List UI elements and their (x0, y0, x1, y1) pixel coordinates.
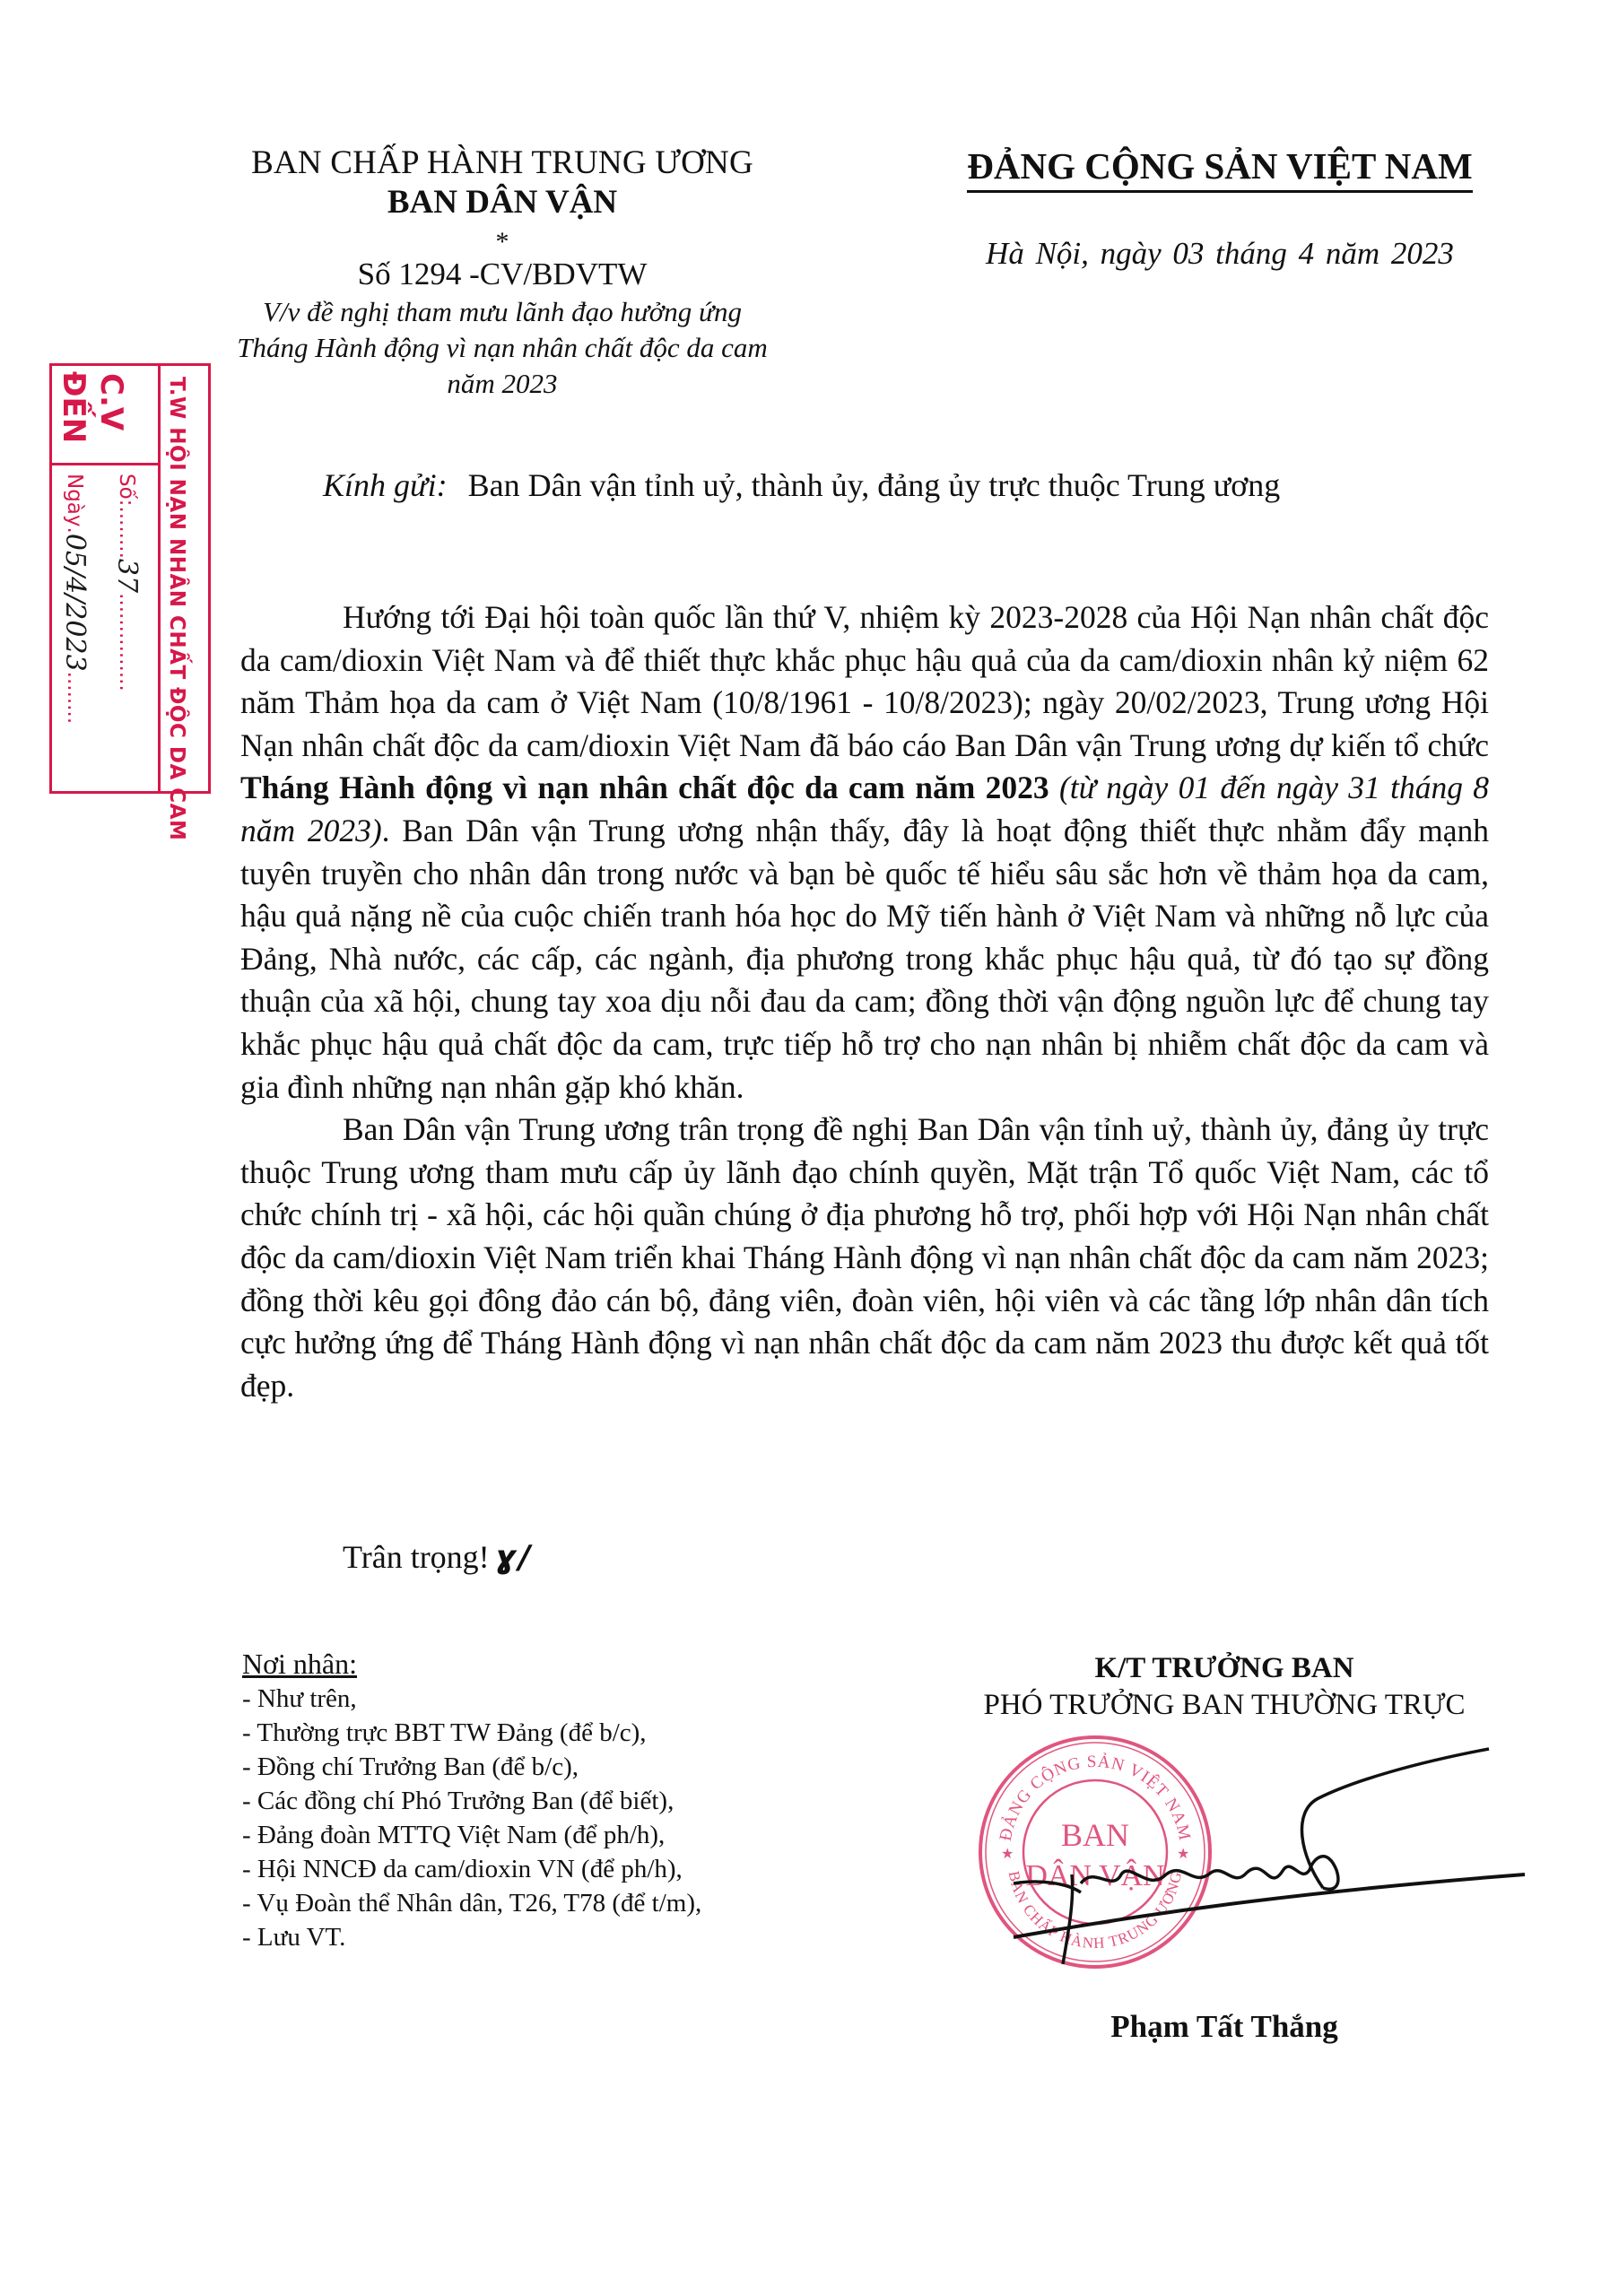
issuing-authority-block: BAN CHẤP HÀNH TRUNG ƯƠNG BAN DÂN VẬN * S… (224, 143, 780, 402)
handwritten-signature-icon (915, 1713, 1534, 1982)
distribution-item: - Như trên, (242, 1682, 701, 1716)
distribution-item: - Đồng chí Trưởng Ban (để b/c), (242, 1750, 701, 1784)
p1-text-b: . Ban Dân vận Trung ương nhận thấy, đây … (240, 813, 1489, 1105)
stamp-label-cv: C.V (95, 373, 127, 430)
distribution-item: - Đảng đoàn MTTQ Việt Nam (để ph/h), (242, 1818, 701, 1852)
stamp-number-row: Số:........37............... (111, 474, 143, 691)
letter-body: Hướng tới Đại hội toàn quốc lần thứ V, n… (240, 596, 1489, 1407)
organization-name: BAN DÂN VẬN (224, 183, 780, 222)
place-date: Hà Nội, ngày 03 tháng 4 năm 2023 (924, 236, 1516, 272)
stamp-number-value: 37 (111, 559, 143, 593)
stamp-date-label: Ngày (63, 474, 86, 527)
initial-mark: ɣ/ (495, 1539, 531, 1576)
distribution-item: - Thường trực BBT TW Đảng (để b/c), (242, 1716, 701, 1750)
stamp-org-name: T.W HỘI NẠN NHÂN CHẤT ĐỘC DA CAM (165, 377, 188, 840)
document-number: Số 1294 -CV/BDVTW (224, 255, 780, 294)
recipient-label: Kính gửi: (323, 467, 448, 503)
separator-star: * (224, 230, 780, 255)
distribution-item: - Các đồng chí Phó Trưởng Ban (để biết), (242, 1784, 701, 1818)
closing: Trân trọng!ɣ/ (343, 1538, 530, 1576)
distribution-item: - Hội NNCĐ da cam/dioxin VN (để ph/h), (242, 1852, 701, 1886)
distribution-item: - Lưu VT. (242, 1920, 701, 1954)
distribution-list: Nơi nhân: - Như trên, - Thường trực BBT … (242, 1646, 701, 1954)
stamp-divider-horizontal (52, 463, 158, 465)
event-name-bold: Tháng Hành động vì nạn nhân chất độc da … (240, 770, 1049, 805)
signature-block: K/T TRƯỞNG BAN PHÓ TRƯỞNG BAN THƯỜNG TRỰ… (915, 1650, 1534, 1724)
stamp-label-den: ĐẾN (57, 371, 90, 443)
body-paragraph-2: Ban Dân vận Trung ương trân trọng đề ngh… (240, 1109, 1489, 1407)
subject-line-1: V/v đề nghị tham mưu lãnh đạo hưởng ứng (224, 294, 780, 330)
closing-text: Trân trọng! (343, 1539, 490, 1575)
distribution-item: - Vụ Đoàn thể Nhân dân, T26, T78 (để t/m… (242, 1886, 701, 1920)
signer-name: Phạm Tất Thắng (915, 2009, 1534, 2045)
signer-role-1: K/T TRƯỞNG BAN (915, 1650, 1534, 1686)
parent-organization: BAN CHẤP HÀNH TRUNG ƯƠNG (224, 143, 780, 183)
p1-text-a: Hướng tới Đại hội toàn quốc lần thứ V, n… (240, 599, 1489, 763)
stamp-number-label: Số: (115, 474, 138, 506)
party-name: ĐẢNG CỘNG SẢN VIỆT NAM (967, 143, 1472, 193)
stamp-date-value: 05/4/2023 (59, 534, 91, 672)
subject-line-2: Tháng Hành động vì nạn nhân chất độc da … (224, 330, 780, 402)
stamp-date-row: Ngày.05/4/2023........ (59, 474, 91, 724)
recipient-line: Kính gửi: Ban Dân vận tỉnh uỷ, thành ủy,… (323, 466, 1507, 504)
recipient-value: Ban Dân vận tỉnh uỷ, thành ủy, đảng ủy t… (468, 467, 1281, 503)
stamp-divider-vertical (158, 366, 161, 791)
national-header-block: ĐẢNG CỘNG SẢN VIỆT NAM Hà Nội, ngày 03 t… (924, 143, 1516, 272)
body-paragraph-1: Hướng tới Đại hội toàn quốc lần thứ V, n… (240, 596, 1489, 1109)
incoming-document-stamp: T.W HỘI NẠN NHÂN CHẤT ĐỘC DA CAM C.V ĐẾN… (49, 363, 211, 794)
distribution-title: Nơi nhân: (242, 1646, 701, 1682)
